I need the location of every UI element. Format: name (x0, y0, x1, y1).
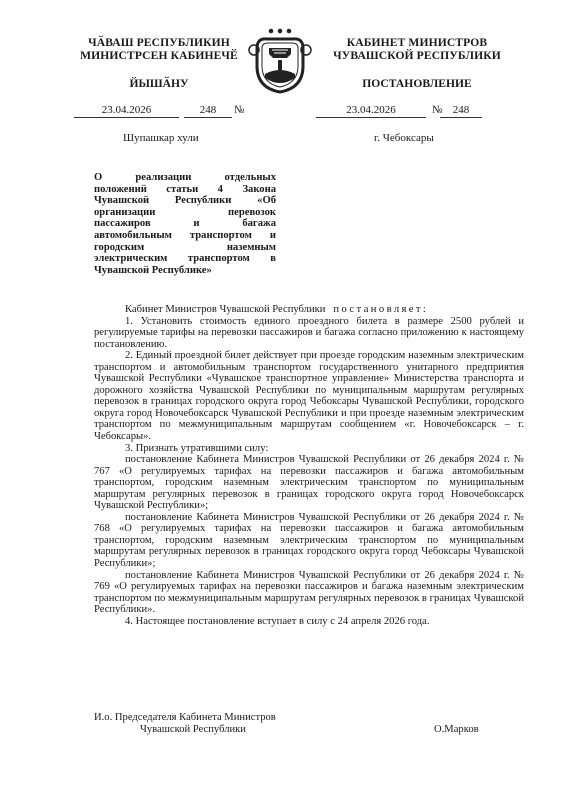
subject-line: О реализации отдельных (94, 172, 276, 183)
paragraph-2: 2. Единый проездной билет действует при … (94, 350, 524, 442)
subject-line: Чувашской Республики «Об (94, 195, 276, 206)
subject-line: автомобильным транспортом и (94, 230, 276, 241)
paragraph-3c: постановление Кабинета Министров Чувашск… (94, 570, 524, 616)
paragraph-1: 1. Установить стоимость единого проездно… (94, 316, 524, 351)
decree-word: постановляет: (333, 304, 428, 315)
document-body: Кабинет Министров Чувашской Республики п… (94, 304, 524, 627)
preamble-text: Кабинет Министров Чувашской Республики (125, 304, 325, 315)
right-place: г. Чебоксары (374, 132, 434, 144)
subject-last-line: Чувашской Республике» (94, 265, 276, 277)
paragraph-3: 3. Признать утратившими силу: (94, 443, 524, 455)
subject-line: электрическим транспортом в (94, 253, 276, 264)
header-right-line1: КАБИНЕТ МИНИСТРОВ (322, 36, 512, 49)
right-number-field: 248 (440, 104, 482, 118)
signature-title-line2: Чувашской Республики (94, 724, 276, 736)
header-right-doc-type: ПОСТАНОВЛЕНИЕ (322, 77, 512, 90)
paragraph-3b: постановление Кабинета Министров Чувашск… (94, 512, 524, 570)
subject-line: городским наземным (94, 242, 276, 253)
signature-title: И.о. Председателя Кабинета Министров Чув… (94, 712, 276, 735)
header-right-line2: ЧУВАШСКОЙ РЕСПУБЛИКИ (322, 49, 512, 62)
header-left-line1: ЧӐВАШ РЕСПУБЛИКИН (78, 36, 240, 49)
subject-line: положений статьи 4 Закона (94, 184, 276, 195)
coat-of-arms-icon (247, 26, 313, 96)
left-number-field: 248 (184, 104, 232, 118)
subject-line: организации перевозок (94, 207, 276, 218)
header-left-org: ЧӐВАШ РЕСПУБЛИКИН МИНИСТРСЕН КАБИНЕЧӖ (78, 36, 240, 62)
signature-name: О.Марков (434, 724, 479, 736)
header-left-doc-type: ЙЫШӐНУ (78, 77, 240, 90)
header-left-line2: МИНИСТРСЕН КАБИНЕЧӖ (78, 49, 240, 62)
signature-title-line1: И.о. Председателя Кабинета Министров (94, 712, 276, 724)
paragraph-3a: постановление Кабинета Министров Чувашск… (94, 454, 524, 512)
left-number-sign: № (234, 104, 245, 116)
left-place: Шупашкар хули (123, 132, 199, 144)
header-right-org: КАБИНЕТ МИНИСТРОВ ЧУВАШСКОЙ РЕСПУБЛИКИ (322, 36, 512, 62)
paragraph-4: 4. Настоящее постановление вступает в си… (94, 616, 524, 628)
subject-line: пассажиров и багажа (94, 218, 276, 229)
right-date-field: 23.04.2026 (316, 104, 426, 118)
left-date-field: 23.04.2026 (74, 104, 179, 118)
preamble: Кабинет Министров Чувашской Республики п… (94, 304, 524, 316)
document-subject: О реализации отдельных положений статьи … (94, 172, 276, 276)
